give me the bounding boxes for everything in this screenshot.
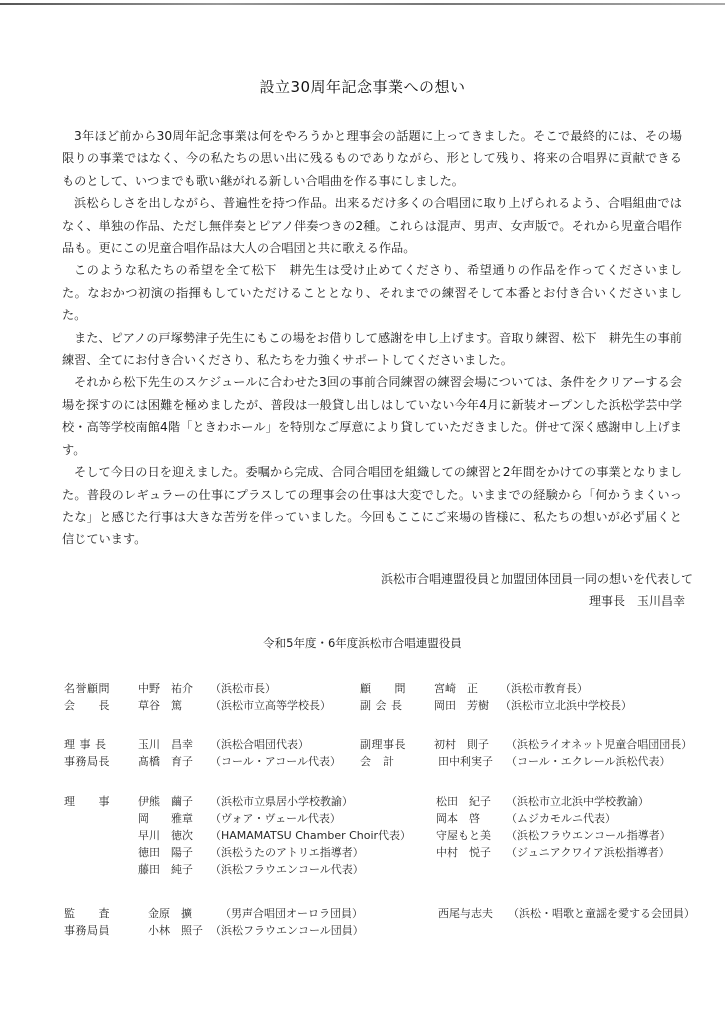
officer-affiliation: （浜松市長）	[210, 680, 276, 698]
officer-name: 岡 雅章	[138, 810, 193, 828]
officer-role: 理 事	[64, 793, 110, 811]
officer-name: 初村 則子	[434, 736, 489, 754]
officer-affiliation: （浜松市立北浜中学校教諭）	[506, 793, 649, 811]
officer-affiliation: （浜松市立県居小学校教諭）	[210, 793, 353, 811]
officer-name: 西尾与志夫	[438, 905, 493, 923]
officer-affiliation: （ジュニアクワイア浜松指導者）	[506, 844, 670, 862]
officer-affiliation: （浜松ライオネット児童合唱団団長）	[506, 736, 692, 754]
officer-affiliation: （浜松・唱歌と童謡を愛する会団員）	[508, 905, 695, 923]
officer-name: 徳田 陽子	[138, 844, 193, 862]
officer-affiliation: （浜松市立北浜中学校長）	[500, 697, 632, 715]
officer-role: 会 計	[360, 753, 395, 771]
officer-role: 副理事長	[360, 736, 406, 754]
officer-role: 会 長	[64, 697, 110, 715]
officer-role: 事務局長	[64, 753, 110, 771]
officer-name: 岡田 芳樹	[434, 697, 489, 715]
paragraph: そして今日の日を迎えました。委嘱から完成、合同合唱団を組織しての練習と2年間をか…	[62, 461, 682, 551]
officer-name: 宮崎 正	[434, 680, 478, 698]
officer-name: 松田 紀子	[436, 793, 491, 811]
officer-affiliation: （ムジカモルニ代表）	[506, 810, 616, 828]
officer-name: 中野 祐介	[138, 680, 193, 698]
officer-affiliation: （浜松フラウエンコール団員）	[210, 922, 364, 940]
paragraph: 浜松らしさを出しながら、普遍性を持つ作品。出来るだけ多くの合唱団に取り上げられる…	[62, 192, 682, 259]
officer-name: 伊熊 繭子	[138, 793, 193, 811]
officer-role: 顧 問	[360, 680, 406, 698]
closing-block: 浜松市合唱連盟役員と加盟団体団員一同の想いを代表して 理事長 玉川昌幸	[381, 568, 693, 612]
officer-name: 玉川 昌幸	[138, 736, 193, 754]
officer-name: 髙橋 育子	[138, 753, 193, 771]
officer-affiliation: （コール・エクレール浜松代表）	[506, 753, 671, 771]
officer-role: 理 事 長	[64, 736, 107, 754]
officer-role: 副 会 長	[360, 697, 403, 715]
message-body: 3年ほど前から30周年記念事業は何をやろうかと理事会の話題に上ってきました。そこ…	[62, 125, 682, 551]
officer-affiliation: （浜松うたのアトリエ指導者）	[210, 844, 364, 862]
officer-affiliation: （浜松フラウエンコール指導者）	[506, 827, 671, 845]
officer-name: 藤田 純子	[138, 861, 193, 879]
roster-title: 令和5年度・6年度浜松市合唱連盟役員	[0, 635, 725, 651]
officer-affiliation: （浜松市教育長）	[500, 680, 588, 698]
officer-role: 事務局員	[64, 922, 110, 940]
officer-affiliation: （浜松市立高等学校長）	[210, 697, 331, 715]
officer-name: 草谷 篤	[138, 697, 182, 715]
paragraph: それから松下先生のスケジュールに合わせた3回の事前合同練習の練習会場については、…	[62, 371, 682, 461]
officer-name: 守屋もと美	[436, 827, 491, 845]
officer-affiliation: （コール・アコール代表）	[210, 753, 341, 771]
officer-role: 監 査	[64, 905, 110, 923]
officer-name: 田中利実子	[438, 753, 493, 771]
officer-name: 金原 擴	[148, 905, 192, 923]
officer-name: 小林 照子	[148, 922, 203, 940]
paragraph: このような私たちの希望を全て松下 耕先生は受け止めてくださり、希望通りの作品を作…	[62, 259, 682, 326]
officer-affiliation: （ヴォア・ヴェール代表）	[210, 810, 341, 828]
paragraph: また、ピアノの戸塚勢津子先生にもこの場をお借りして感謝を申し上げます。音取り練習…	[62, 327, 682, 372]
document-title: 設立30周年記念事業への想い	[0, 76, 725, 97]
officer-affiliation: （浜松フラウエンコール代表）	[210, 861, 364, 879]
scan-top-edge	[0, 3, 725, 5]
officer-affiliation: （HAMAMATSU Chamber Choir代表）	[210, 827, 411, 845]
signature: 理事長 玉川昌幸	[381, 590, 693, 612]
officer-name: 早川 徳次	[138, 827, 193, 845]
officer-name: 中村 悦子	[436, 844, 491, 862]
officer-affiliation: （浜松合唱団代表）	[210, 736, 309, 754]
closing-line: 浜松市合唱連盟役員と加盟団体団員一同の想いを代表して	[381, 568, 693, 590]
officer-role: 名誉顧問	[64, 680, 110, 698]
officer-name: 岡本 啓	[436, 810, 480, 828]
paragraph: 3年ほど前から30周年記念事業は何をやろうかと理事会の話題に上ってきました。そこ…	[62, 125, 682, 192]
officer-affiliation: （男声合唱団オーロラ団員）	[220, 905, 363, 923]
